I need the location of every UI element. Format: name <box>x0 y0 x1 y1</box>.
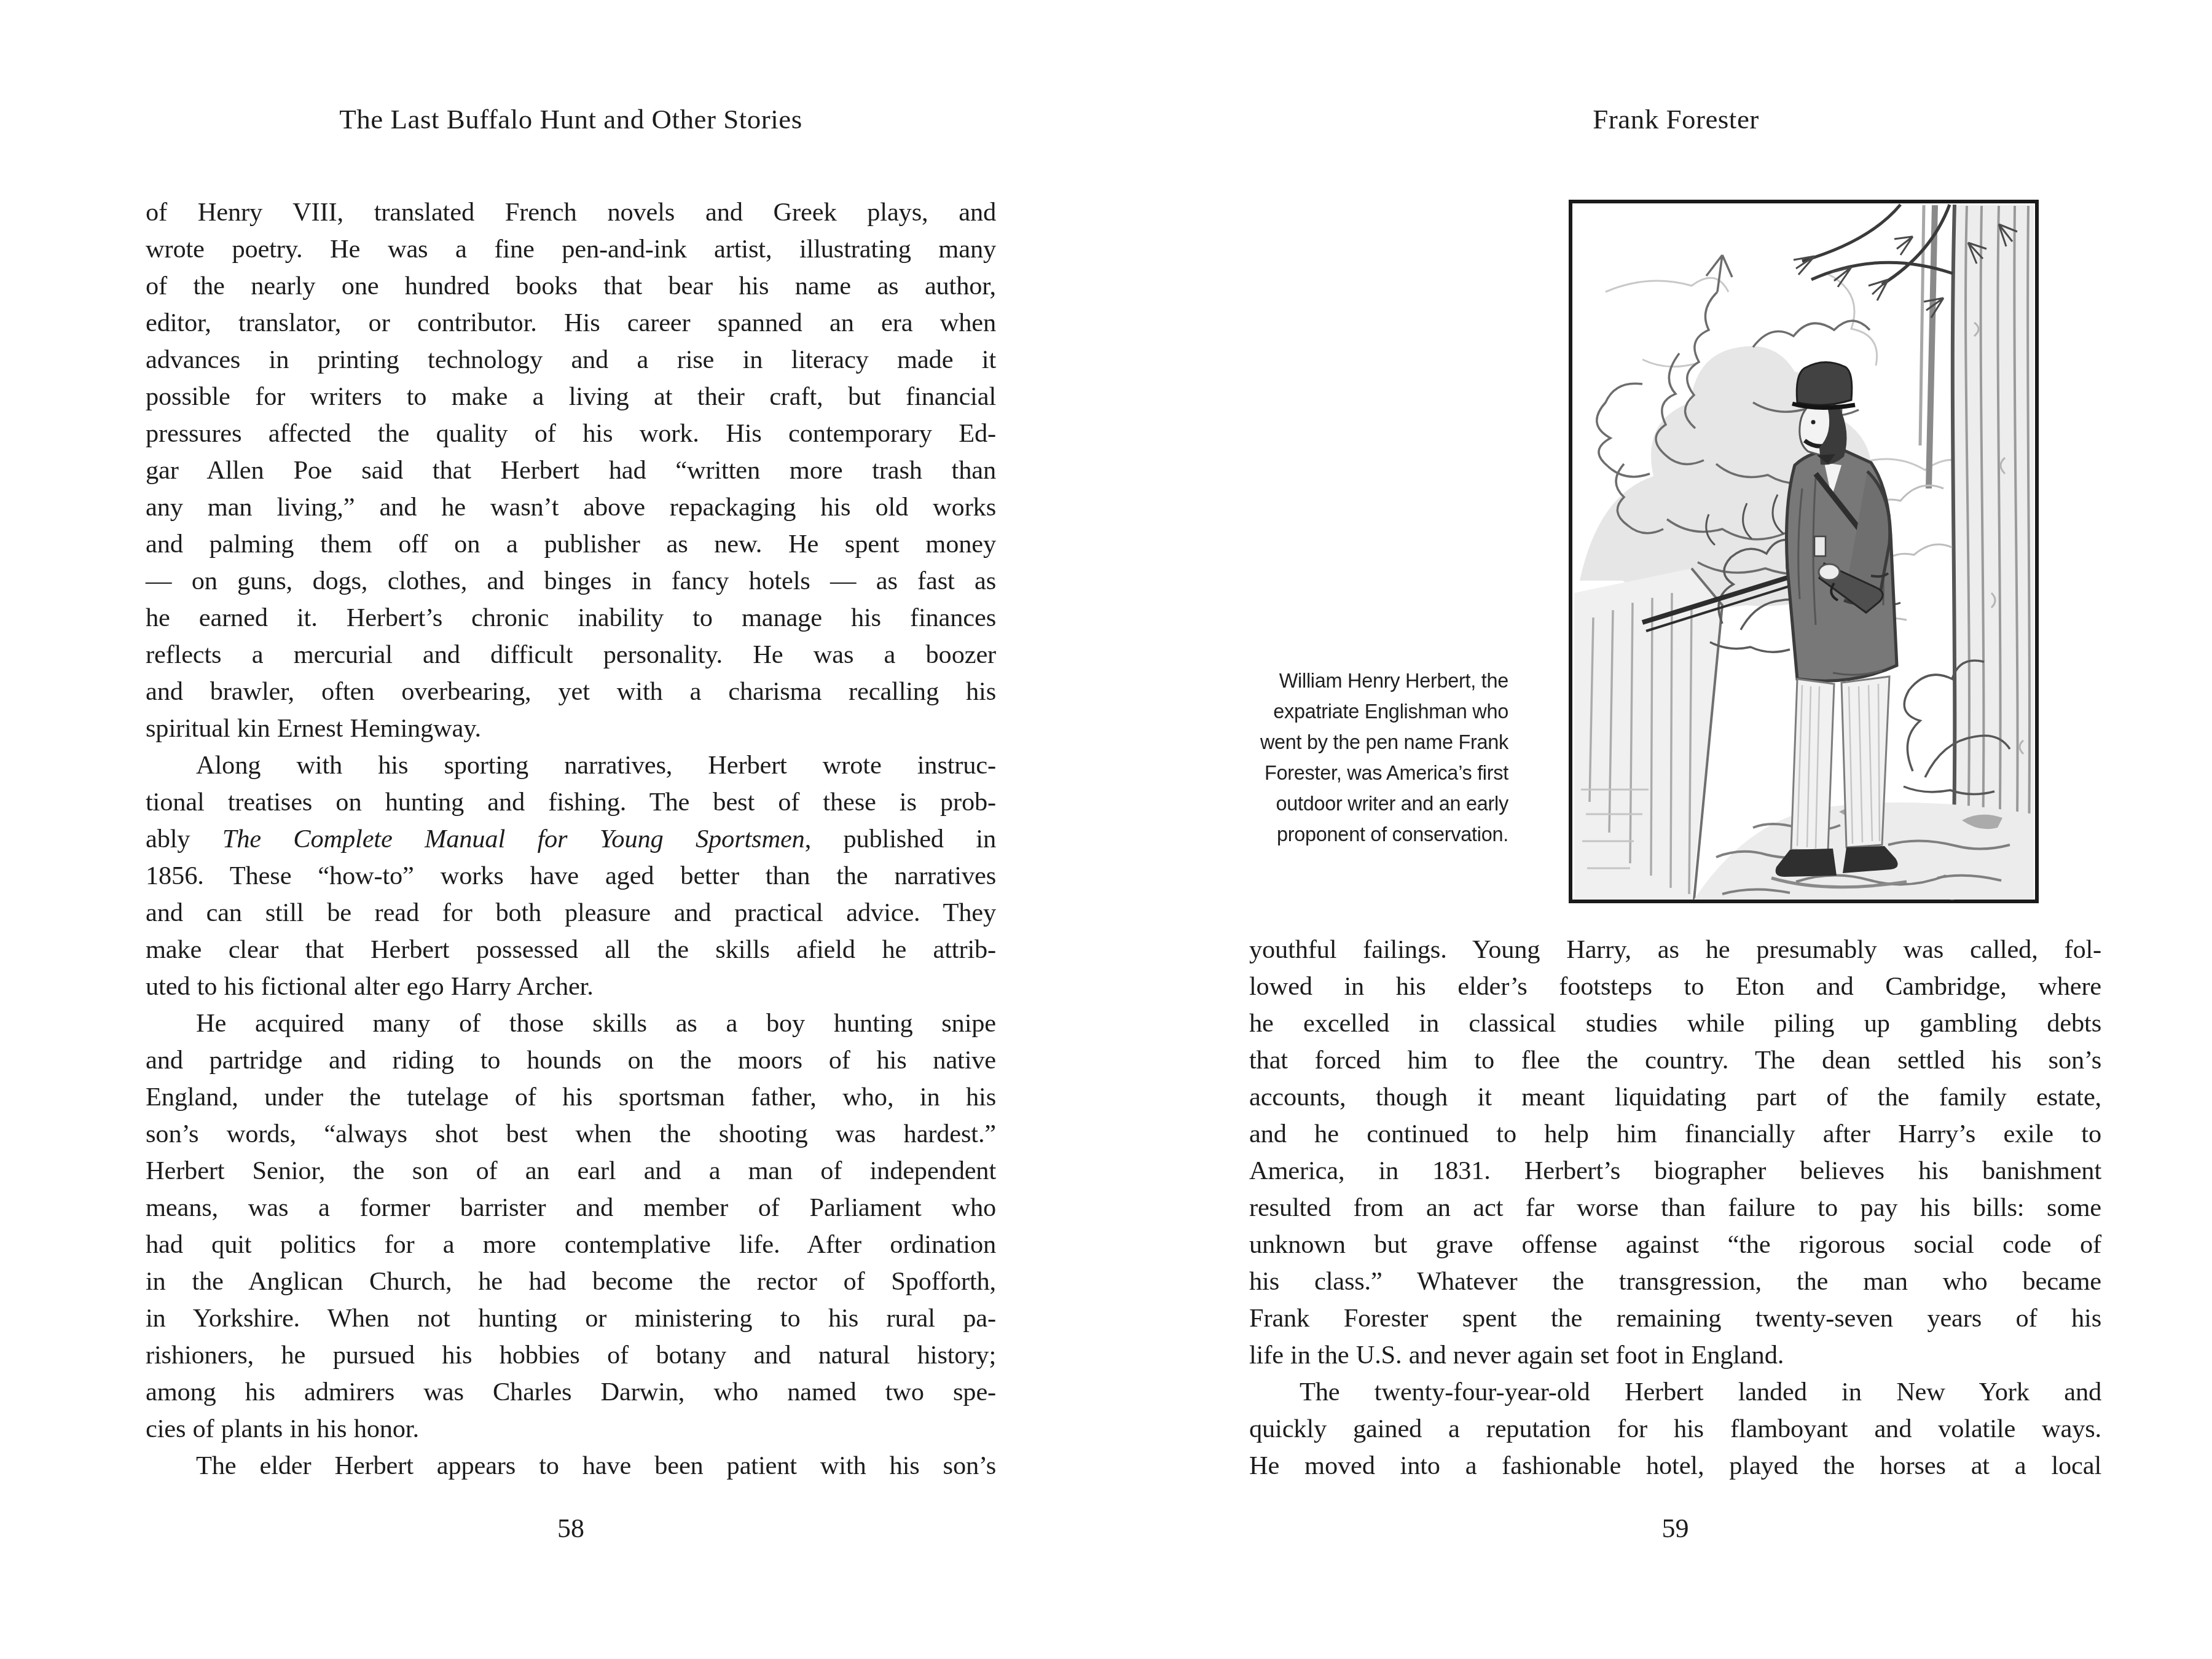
body-line: tional treatises on hunting and fishing.… <box>146 784 996 821</box>
body-line: Herbert Senior, the son of an earl and a… <box>146 1153 996 1190</box>
body-line: in Yorkshire. When not hunting or minist… <box>146 1300 996 1337</box>
body-line: editor, translator, or contributor. His … <box>146 305 996 342</box>
body-line: The twenty-four-year-old Herbert landed … <box>1249 1374 2101 1411</box>
hunter-illustration <box>1569 200 2039 903</box>
body-line: any man living,” and he wasn’t above rep… <box>146 489 996 526</box>
caption-line: proponent of conservation. <box>1238 819 1508 850</box>
body-line: pressures affected the quality of his wo… <box>146 415 996 452</box>
body-line: England, under the tutelage of his sport… <box>146 1079 996 1116</box>
body-line: 1856. These “how-to” works have aged bet… <box>146 858 996 895</box>
body-line: accounts, though it meant liquidating pa… <box>1249 1079 2101 1116</box>
body-line: Frank Forester spent the remaining twent… <box>1249 1300 2101 1337</box>
body-line: means, was a former barrister and member… <box>146 1190 996 1226</box>
body-line: lowed in his elder’s footsteps to Eton a… <box>1249 968 2101 1005</box>
body-line: reflects a mercurial and difficult perso… <box>146 637 996 673</box>
left-body-text: of Henry VIII, translated French novels … <box>146 194 996 1484</box>
body-line: make clear that Herbert possessed all th… <box>146 931 996 968</box>
body-line: youthful failings. Young Harry, as he pr… <box>1249 931 2101 968</box>
body-line: possible for writers to make a living at… <box>146 378 996 415</box>
left-page-number: 58 <box>146 1513 996 1544</box>
left-page: The Last Buffalo Hunt and Other Stories … <box>0 0 1106 1659</box>
body-line: resulted from an act far worse than fail… <box>1249 1190 2101 1226</box>
caption-line: Forester, was America’s first <box>1238 758 1508 788</box>
body-line: cies of plants in his honor. <box>146 1411 996 1448</box>
body-line: of the nearly one hundred books that bea… <box>146 268 996 305</box>
body-line: unknown but grave offense against “the r… <box>1249 1226 2101 1263</box>
body-line: had quit politics for a more contemplati… <box>146 1226 996 1263</box>
body-line: advances in printing technology and a ri… <box>146 342 996 378</box>
body-line: He acquired many of those skills as a bo… <box>146 1005 996 1042</box>
right-page-number: 59 <box>1249 1513 2101 1544</box>
body-line: uted to his fictional alter ego Harry Ar… <box>146 968 996 1005</box>
body-line: quickly gained a reputation for his flam… <box>1249 1411 2101 1448</box>
body-line: that forced him to flee the country. The… <box>1249 1042 2101 1079</box>
body-line: ably The Complete Manual for Young Sport… <box>146 821 996 858</box>
body-line: life in the U.S. and never again set foo… <box>1249 1337 2101 1374</box>
right-body-text: youthful failings. Young Harry, as he pr… <box>1249 931 2101 1484</box>
body-line: and can still be read for both pleasure … <box>146 895 996 931</box>
body-line: among his admirers was Charles Darwin, w… <box>146 1374 996 1411</box>
illustration-caption: William Henry Herbert, theexpatriate Eng… <box>1238 665 1508 850</box>
body-line: — on guns, dogs, clothes, and binges in … <box>146 563 996 600</box>
body-line: and he continued to help him financially… <box>1249 1116 2101 1153</box>
body-line: America, in 1831. Herbert’s biographer b… <box>1249 1153 2101 1190</box>
right-page: Frank Forester <box>1106 0 2212 1659</box>
body-line: his class.” Whatever the transgression, … <box>1249 1263 2101 1300</box>
body-line: and partridge and riding to hounds on th… <box>146 1042 996 1079</box>
right-running-head: Frank Forester <box>1250 103 2101 135</box>
caption-line: expatriate Englishman who <box>1238 696 1508 727</box>
body-line: and palming them off on a publisher as n… <box>146 526 996 563</box>
body-line: rishioners, he pursued his hobbies of bo… <box>146 1337 996 1374</box>
book-spread: { "meta": { "ink_color": "#1c1c1c", "pap… <box>0 0 2212 1659</box>
body-line: and brawler, often overbearing, yet with… <box>146 673 996 710</box>
body-line: of Henry VIII, translated French novels … <box>146 194 996 231</box>
body-line: he earned it. Herbert’s chronic inabilit… <box>146 600 996 637</box>
caption-line: went by the pen name Frank <box>1238 727 1508 758</box>
body-line: son’s words, “always shot best when the … <box>146 1116 996 1153</box>
body-line: He moved into a fashionable hotel, playe… <box>1249 1448 2101 1484</box>
body-line: in the Anglican Church, he had become th… <box>146 1263 996 1300</box>
body-line: gar Allen Poe said that Herbert had “wri… <box>146 452 996 489</box>
caption-line: outdoor writer and an early <box>1238 788 1508 819</box>
body-line: he excelled in classical studies while p… <box>1249 1005 2101 1042</box>
body-line: wrote poetry. He was a fine pen-and-ink … <box>146 231 996 268</box>
caption-line: William Henry Herbert, the <box>1238 665 1508 696</box>
body-line: The elder Herbert appears to have been p… <box>146 1448 996 1484</box>
body-line: Along with his sporting narratives, Herb… <box>146 747 996 784</box>
body-line: spiritual kin Ernest Hemingway. <box>146 710 996 747</box>
left-running-head: The Last Buffalo Hunt and Other Stories <box>146 103 996 135</box>
